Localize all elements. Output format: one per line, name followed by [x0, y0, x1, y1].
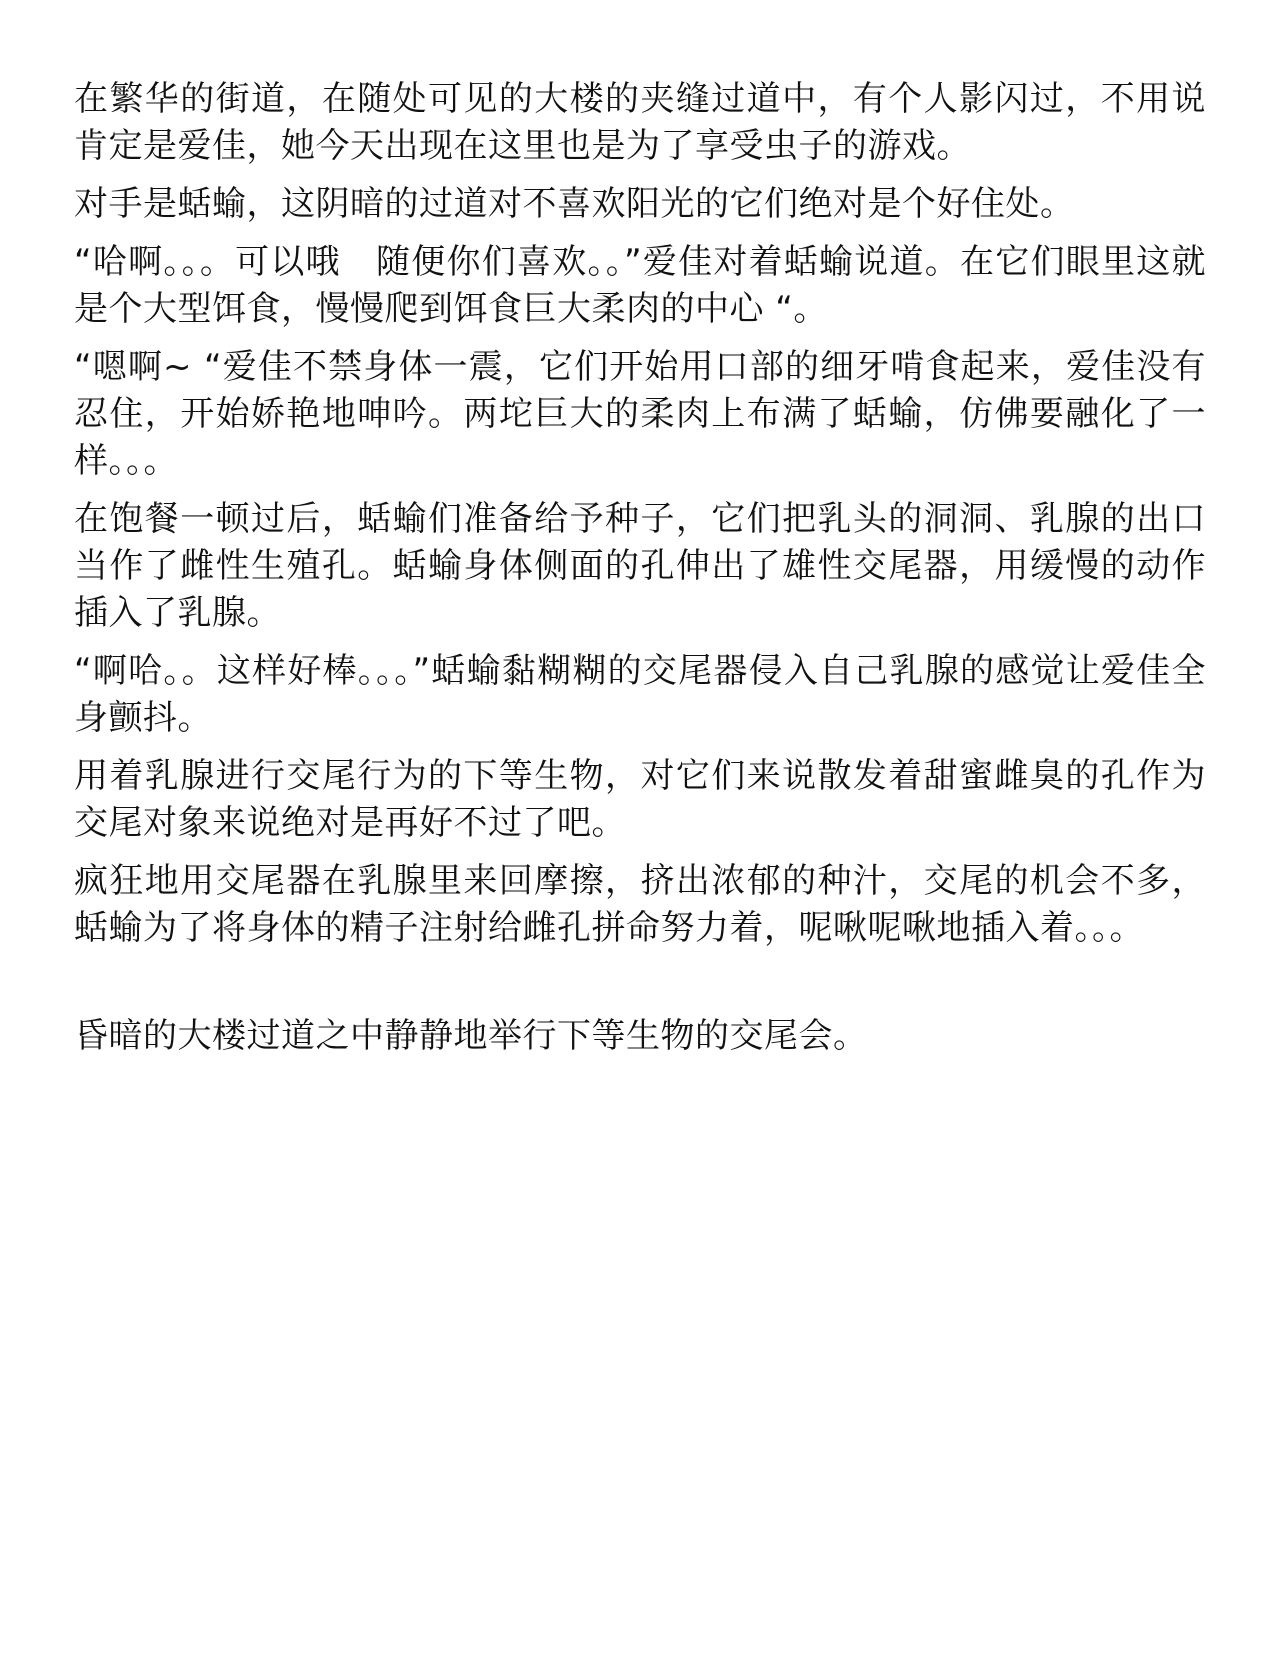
story-paragraph-4: “嗯啊~ “爱佳不禁身体一震，它们开始用口部的细牙啃食起来，爱佳没有忍住，开始娇… [74, 344, 1206, 485]
story-paragraph-2: 对手是蛞蝓，这阴暗的过道对不喜欢阳光的它们绝对是个好住处。 [74, 181, 1206, 228]
story-paragraph-5: 在饱餐一顿过后，蛞蝓们准备给予种子，它们把乳头的洞洞、乳腺的出口当作了雌性生殖孔… [74, 496, 1206, 637]
story-paragraph-closing: 昏暗的大楼过道之中静静地举行下等生物的交尾会。 [74, 1013, 1206, 1060]
story-paragraph-7: 用着乳腺进行交尾行为的下等生物，对它们来说散发着甜蜜雌臭的孔作为交尾对象来说绝对… [74, 753, 1206, 847]
story-paragraph-1: 在繁华的街道，在随处可见的大楼的夹缝过道中，有个人影闪过，不用说肯定是爱佳，她今… [74, 76, 1206, 170]
document-page: 在繁华的街道，在随处可见的大楼的夹缝过道中，有个人影闪过，不用说肯定是爱佳，她今… [0, 0, 1280, 1656]
story-paragraph-3: “哈啊。。。可以哦 随便你们喜欢。。”爱佳对着蛞蝓说道。在它们眼里这就是个大型饵… [74, 239, 1206, 333]
story-paragraph-6: “啊哈。。这样好棒。。。”蛞蝓黏糊糊的交尾器侵入自己乳腺的感觉让爱佳全身颤抖。 [74, 648, 1206, 742]
story-paragraph-8: 疯狂地用交尾器在乳腺里来回摩擦，挤出浓郁的种汁，交尾的机会不多，蛞蝓为了将身体的… [74, 858, 1206, 952]
